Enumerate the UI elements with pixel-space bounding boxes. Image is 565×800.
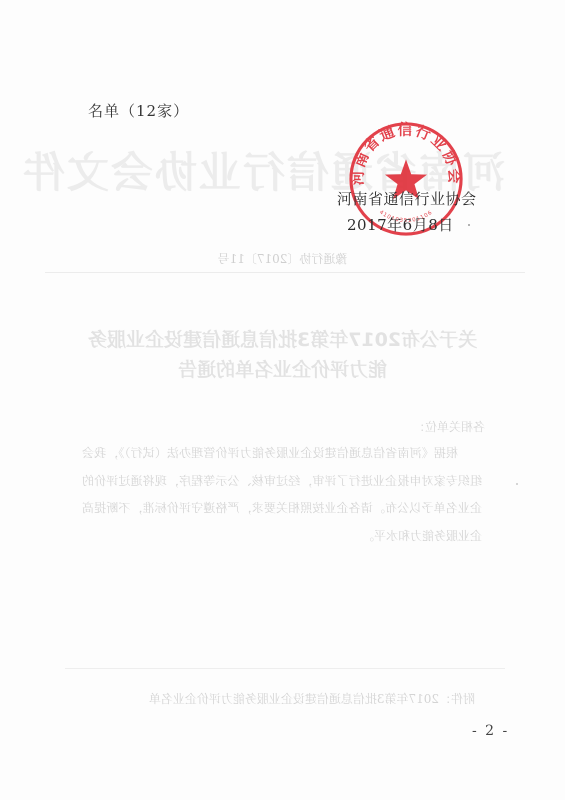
document-page: 河南省通信行业协会文件 豫通行协〔2017〕11号 关于公布2017年第3批信息… [0,0,565,800]
signing-date: 2017年6月8日 [347,214,454,235]
bleed-body: 根据《河南省信息通信建设企业服务能力评价管理办法（试行）》，我会组织专家对申报企… [82,440,482,550]
bleed-title: 关于公布2017年第3批信息通信建设企业服务 能力评价企业名单的通告 [0,325,565,385]
bleed-salutation: 各相关单位： [413,418,485,435]
page-number: - 2 - [472,723,509,739]
bleed-divider [45,272,525,273]
bleed-title-line-2: 能力评价企业名单的通告 [0,355,565,385]
bleed-title-line-1: 关于公布2017年第3批信息通信建设企业服务 [0,325,565,355]
bleed-doc-number: 豫通行协〔2017〕11号 [0,250,565,267]
bleed-divider-2 [65,668,505,669]
bleed-footer: 附件：2017年第3批信息通信建设企业服务能力评价企业名单 [95,690,475,707]
signing-organization: 河南省通信行业协会 [337,188,477,209]
attachment-label: 名单（12家） [88,100,189,121]
bleed-through-layer: 河南省通信行业协会文件 豫通行协〔2017〕11号 关于公布2017年第3批信息… [0,0,565,800]
scan-speck [516,483,518,485]
scan-speck [468,224,470,226]
